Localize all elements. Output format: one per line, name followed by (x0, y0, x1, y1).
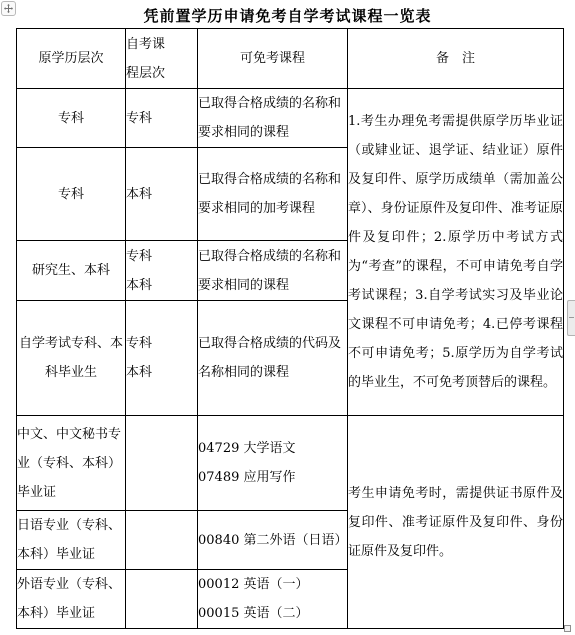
cell-course-level[interactable] (126, 416, 198, 511)
page-title: 凭前置学历申请免考自学考试课程一览表 (0, 5, 575, 26)
cell-original-level[interactable]: 自学考试专科、本科毕业生 (17, 301, 126, 416)
cell-course-level[interactable]: 本科 (126, 148, 198, 241)
cell-course-level[interactable]: 专科 本科 (126, 301, 198, 416)
header-row: 原学历层次 自考课程层次 可免考课程 备 注 (17, 29, 564, 89)
exemption-table: 原学历层次 自考课程层次 可免考课程 备 注 专科 专科 已取得合格成绩的名称和… (16, 28, 564, 629)
cell-original-level[interactable]: 研究生、本科 (17, 241, 126, 301)
header-original-level[interactable]: 原学历层次 (17, 29, 126, 89)
cell-exempt-courses[interactable]: 已取得合格成绩的名称和要求相同的课程 (198, 241, 348, 301)
cell-original-level[interactable]: 专科 (17, 148, 126, 241)
cell-course-level[interactable] (126, 570, 198, 629)
remarks-group1-cell[interactable]: 1.考生办理免考需提供原学历毕业证（或肄业证、退学证、结业证）原件及复印件、原学… (348, 89, 564, 416)
remarks-group2-cell[interactable]: 考生申请免考时，需提供证书原件及复印件、准考证原件及复印件、身份证原件及复印件。 (348, 416, 564, 629)
cell-original-level[interactable]: 专科 (17, 89, 126, 148)
cell-course-level[interactable] (126, 511, 198, 570)
cell-exempt-courses[interactable]: 已取得合格成绩的代码及名称相同的课程 (198, 301, 348, 416)
scrollbar-thumb[interactable] (567, 300, 575, 336)
header-exempt-courses[interactable]: 可免考课程 (198, 29, 348, 89)
cell-exempt-courses[interactable]: 00840 第二外语（日语） (198, 511, 348, 570)
cell-exempt-courses[interactable]: 已取得合格成绩的名称和要求相同的课程 (198, 89, 348, 148)
scrollbar-grip-icon (569, 317, 574, 318)
cell-exempt-courses[interactable]: 00012 英语（一） 00015 英语（二） (198, 570, 348, 629)
cell-original-level[interactable]: 外语专业（专科、本科）毕业证 (17, 570, 126, 629)
table-row: 专科 专科 已取得合格成绩的名称和要求相同的课程 1.考生办理免考需提供原学历毕… (17, 89, 564, 148)
header-course-level-label: 自考课程层次 (126, 30, 167, 88)
table-resize-handle[interactable] (564, 625, 571, 632)
cell-original-level[interactable]: 日语专业（专科、本科）毕业证 (17, 511, 126, 570)
cell-exempt-courses[interactable]: 04729 大学语文 07489 应用写作 (198, 416, 348, 511)
header-course-level[interactable]: 自考课程层次 (126, 29, 198, 89)
header-remarks[interactable]: 备 注 (348, 29, 564, 89)
cell-course-level[interactable]: 专科 (126, 89, 198, 148)
cell-original-level[interactable]: 中文、中文秘书专业（专科、本科）毕业证 (17, 416, 126, 511)
cell-exempt-courses[interactable]: 已取得合格成绩的名称和要求相同的加考课程 (198, 148, 348, 241)
cell-course-level[interactable]: 专科 本科 (126, 241, 198, 301)
table-row: 中文、中文秘书专业（专科、本科）毕业证 04729 大学语文 07489 应用写… (17, 416, 564, 511)
